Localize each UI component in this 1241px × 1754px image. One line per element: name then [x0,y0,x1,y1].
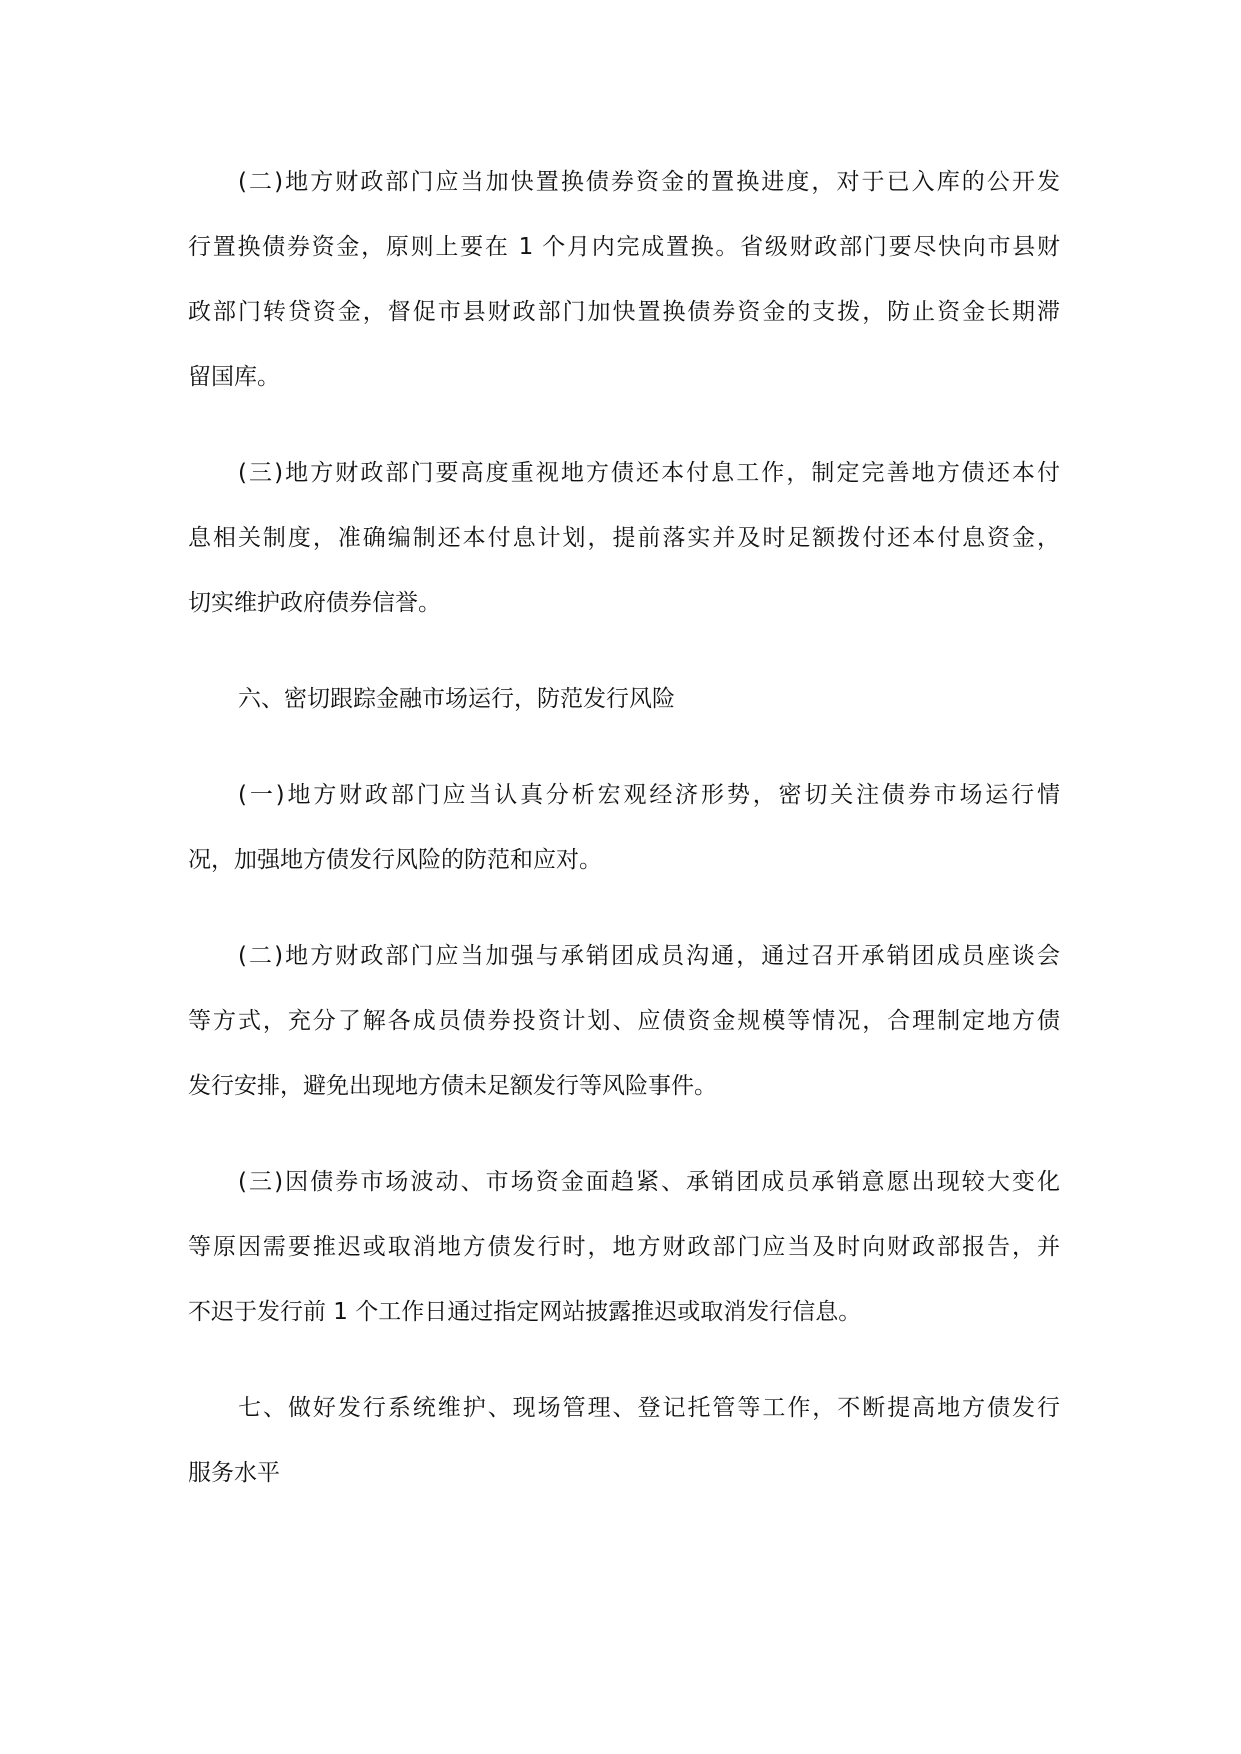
text-line: 行置换债券资金，原则上要在 1 个月内完成置换。省级财政部门要尽快向市县财 [188,215,1060,280]
text-line: 留国库。 [188,345,1060,410]
heading-text: 七、做好发行系统维护、现场管理、登记托管等工作，不断提高地方债发行 [188,1376,1060,1441]
paragraph-6-1: (一)地方财政部门应当认真分析宏观经济形势，密切关注债券市场运行情 况，加强地方… [188,763,1060,893]
text-line: 政部门转贷资金，督促市县财政部门加快置换债券资金的支拨，防止资金长期滞 [188,280,1060,345]
paragraph-6-3: (三)因债券市场波动、市场资金面趋紧、承销团成员承销意愿出现较大变化 等原因需要… [188,1150,1060,1345]
text-line: 等原因需要推迟或取消地方债发行时，地方财政部门应当及时向财政部报告，并 [188,1215,1060,1280]
text-line: (二)地方财政部门应当加快置换债券资金的置换进度，对于已入库的公开发 [188,150,1060,215]
text-line: (三)因债券市场波动、市场资金面趋紧、承销团成员承销意愿出现较大变化 [188,1150,1060,1215]
text-line: 发行安排，避免出现地方债未足额发行等风险事件。 [188,1054,1060,1119]
text-line: 切实维护政府债券信誉。 [188,571,1060,636]
text-line: 等方式，充分了解各成员债券投资计划、应债资金规模等情况，合理制定地方债 [188,989,1060,1054]
paragraph-6-2: (二)地方财政部门应当加强与承销团成员沟通，通过召开承销团成员座谈会 等方式，充… [188,924,1060,1119]
text-line: 不迟于发行前 1 个工作日通过指定网站披露推迟或取消发行信息。 [188,1280,1060,1345]
section-heading-6: 六、密切跟踪金融市场运行，防范发行风险 [188,667,1060,732]
text-line: 况，加强地方债发行风险的防范和应对。 [188,828,1060,893]
paragraph-2-3: (三)地方财政部门要高度重视地方债还本付息工作，制定完善地方债还本付 息相关制度… [188,441,1060,636]
document-page: (二)地方财政部门应当加快置换债券资金的置换进度，对于已入库的公开发 行置换债券… [188,150,1060,1537]
heading-text: 服务水平 [188,1441,1060,1506]
section-heading-7: 七、做好发行系统维护、现场管理、登记托管等工作，不断提高地方债发行 服务水平 [188,1376,1060,1506]
text-line: (三)地方财政部门要高度重视地方债还本付息工作，制定完善地方债还本付 [188,441,1060,506]
text-line: (一)地方财政部门应当认真分析宏观经济形势，密切关注债券市场运行情 [188,763,1060,828]
text-line: 息相关制度，准确编制还本付息计划，提前落实并及时足额拨付还本付息资金， [188,506,1060,571]
paragraph-2-2: (二)地方财政部门应当加快置换债券资金的置换进度，对于已入库的公开发 行置换债券… [188,150,1060,410]
text-line: (二)地方财政部门应当加强与承销团成员沟通，通过召开承销团成员座谈会 [188,924,1060,989]
heading-text: 六、密切跟踪金融市场运行，防范发行风险 [188,667,1060,732]
